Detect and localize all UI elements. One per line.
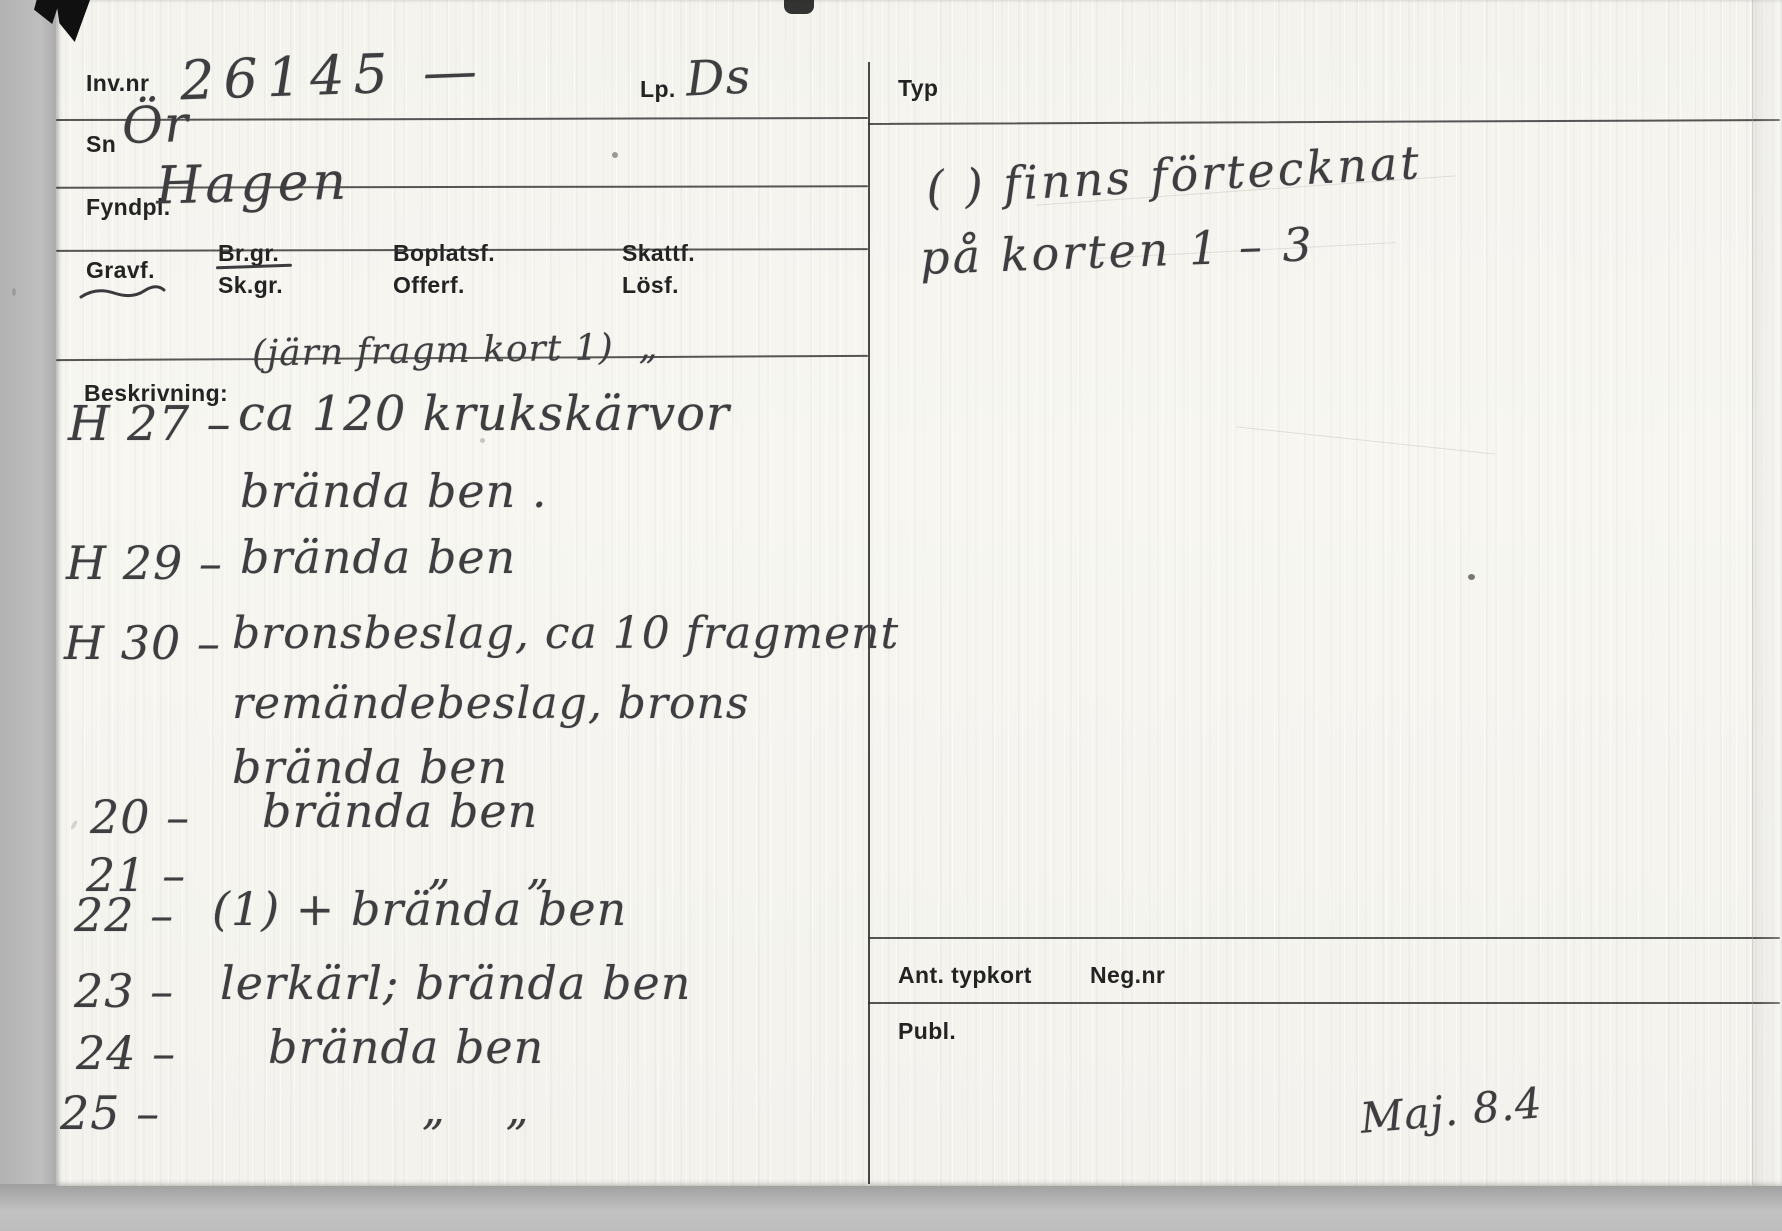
scanner-background-left xyxy=(0,0,58,1231)
lp-label: Lp. xyxy=(640,76,676,103)
typ-label: Typ xyxy=(898,75,938,102)
typ-note-line2-handwriting: på korten 1 – 3 xyxy=(919,217,1315,285)
sn-label: Sn xyxy=(86,131,116,158)
top-edge-smudge xyxy=(784,0,814,14)
gravf-underline-squiggle xyxy=(78,284,168,302)
index-card: Inv.nr Lp. Sn Fyndpl. Gravf. Br.gr. Sk.g… xyxy=(56,0,1782,1186)
scanned-inventory-card: Inv.nr Lp. Sn Fyndpl. Gravf. Br.gr. Sk.g… xyxy=(0,0,1782,1231)
fyndpl-value-handwriting: Hagen xyxy=(155,151,350,216)
desc-row-num: 22 – xyxy=(74,888,174,942)
scan-speck xyxy=(1468,574,1475,580)
desc-row-num: H 30 – xyxy=(64,616,221,670)
desc-row-num: 23 – xyxy=(74,964,174,1018)
signature-handwriting: Maj. 8.4 xyxy=(1358,1078,1544,1143)
scan-scratch xyxy=(1237,426,1496,454)
desc-row-text: ca 120 krukskärvor xyxy=(238,386,730,442)
brgr-label: Br.gr. xyxy=(218,240,279,267)
desc-row-text: (1) + brända ben xyxy=(212,882,627,936)
publ-label: Publ. xyxy=(898,1018,956,1045)
desc-row-num: 20 – xyxy=(90,790,190,844)
bed-speck xyxy=(12,288,16,296)
desc-row-text: brända ben . xyxy=(240,464,548,518)
lp-value-handwriting: Ds xyxy=(685,48,753,107)
negnr-label: Neg.nr xyxy=(1090,962,1165,989)
skattf-label: Skattf. xyxy=(622,240,695,267)
inv-nr-value-handwriting: 26145 — xyxy=(179,39,487,113)
description-note-handwriting: (järn fragm kort 1) „ xyxy=(252,326,659,374)
desc-row-text: remändebeslag, brons xyxy=(232,678,749,729)
scan-speck xyxy=(612,152,618,158)
card-right-edge-shadow xyxy=(1752,0,1782,1186)
desc-row-num: 24 – xyxy=(76,1026,176,1080)
inv-nr-label: Inv.nr xyxy=(86,70,149,97)
desc-row-num: H 29 – xyxy=(66,536,223,590)
desc-row-num: H 27 – xyxy=(68,396,231,452)
ant-typkort-label: Ant. typkort xyxy=(898,962,1032,989)
desc-row-text: lerkärl; brända ben xyxy=(220,956,691,1010)
sn-value-handwriting: Ör xyxy=(121,95,190,155)
scan-speck xyxy=(480,438,485,443)
gravf-label: Gravf. xyxy=(86,257,155,284)
desc-row-text: brända ben xyxy=(262,784,538,838)
scanner-background-bottom xyxy=(0,1184,1782,1231)
desc-row-text: brända ben xyxy=(268,1020,544,1074)
desc-row-text: bronsbeslag, ca 10 fragment xyxy=(232,608,899,659)
offerf-label: Offerf. xyxy=(393,272,465,299)
boplatsf-label: Boplatsf. xyxy=(393,240,495,267)
rule-above-ant-typkort xyxy=(868,937,1780,939)
desc-row-num: 25 – xyxy=(60,1086,160,1140)
rule-under-typ xyxy=(868,119,1780,125)
desc-row-text: brända ben xyxy=(240,530,516,584)
losf-label: Lösf. xyxy=(622,272,679,299)
desc-row-text: „ „ xyxy=(422,1084,530,1135)
skgr-label: Sk.gr. xyxy=(218,272,283,299)
rule-above-publ xyxy=(868,1002,1780,1004)
typ-note-line1-handwriting: ( ) finns förtecknat xyxy=(925,135,1423,215)
